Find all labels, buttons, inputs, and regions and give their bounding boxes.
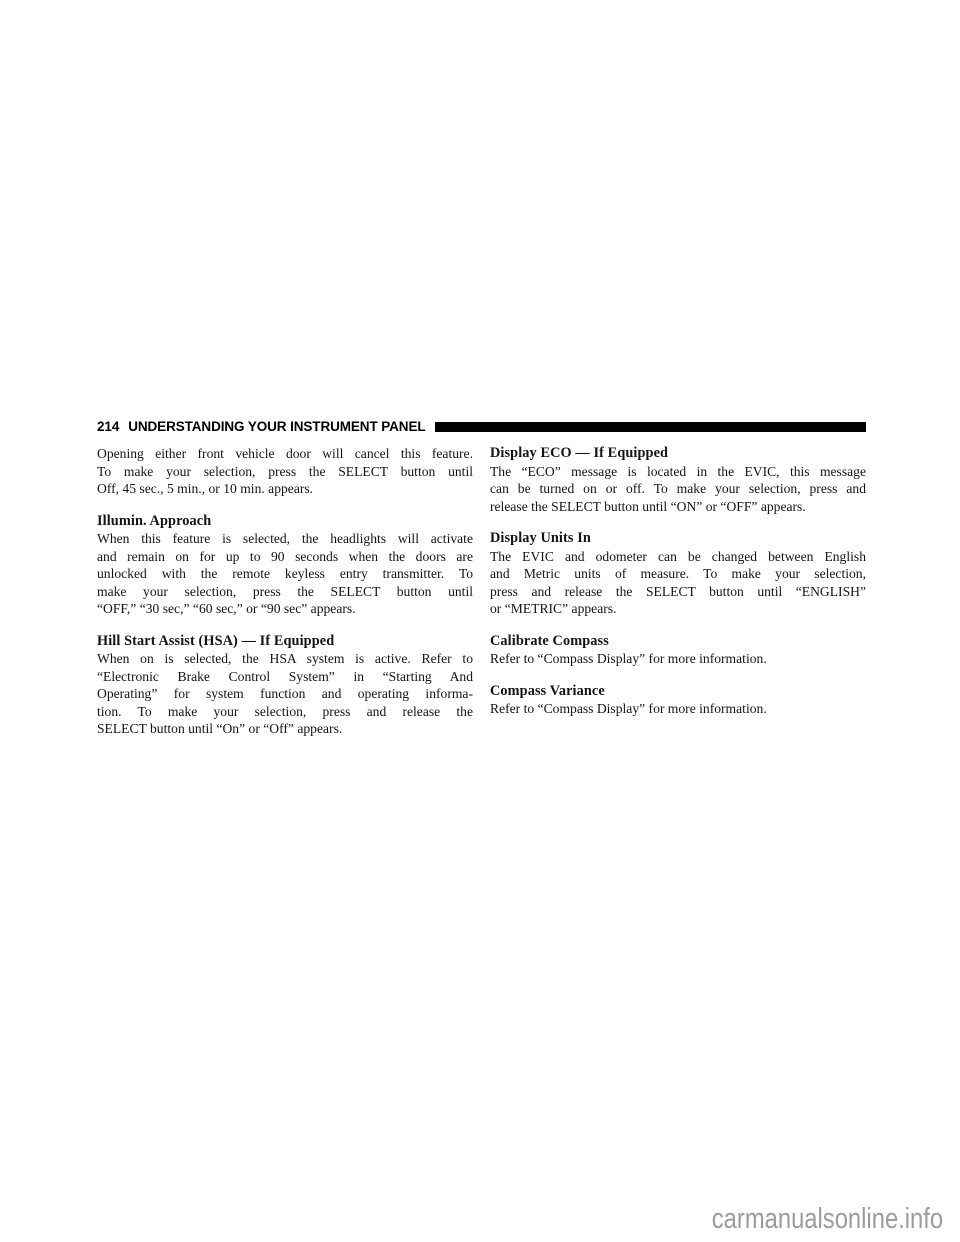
page-content: 214 UNDERSTANDING YOUR INSTRUMENT PANEL … xyxy=(97,418,866,738)
body-line: and remain on for up to 90 seconds when … xyxy=(97,548,473,566)
body-line: unlocked with the remote keyless entry t… xyxy=(97,565,473,583)
paragraph: Refer to “Compass Display” for more info… xyxy=(490,700,866,718)
body-line: and Metric units of measure. To make you… xyxy=(490,565,866,583)
page-header: 214 UNDERSTANDING YOUR INSTRUMENT PANEL xyxy=(97,418,866,434)
body-line: “Electronic Brake Control System” in “St… xyxy=(97,668,473,686)
body-line: To make your selection, press the SELECT… xyxy=(97,463,473,481)
section-illumin-approach: Illumin. Approach When this feature is s… xyxy=(97,513,473,618)
body-line: Refer to “Compass Display” for more info… xyxy=(490,700,866,718)
body-line: tion. To make your selection, press and … xyxy=(97,703,473,721)
section-heading: Display ECO — If Equipped xyxy=(490,445,866,463)
body-line: The EVIC and odometer can be changed bet… xyxy=(490,548,866,566)
left-column: Opening either front vehicle door will c… xyxy=(97,445,473,738)
section-heading: Display Units In xyxy=(490,530,866,548)
two-column-layout: Opening either front vehicle door will c… xyxy=(97,445,866,738)
body-line: Refer to “Compass Display” for more info… xyxy=(490,650,866,668)
header-title: UNDERSTANDING YOUR INSTRUMENT PANEL xyxy=(128,419,425,434)
section-heading: Calibrate Compass xyxy=(490,633,866,651)
paragraph: Opening either front vehicle door will c… xyxy=(97,445,473,498)
body-line: Operating” for system function and opera… xyxy=(97,685,473,703)
body-line: can be turned on or off. To make your se… xyxy=(490,480,866,498)
section-display-eco: Display ECO — If Equipped The “ECO” mess… xyxy=(490,445,866,515)
body-line: When this feature is selected, the headl… xyxy=(97,530,473,548)
body-line: Opening either front vehicle door will c… xyxy=(97,445,473,463)
right-column: Display ECO — If Equipped The “ECO” mess… xyxy=(490,445,866,738)
paragraph: When on is selected, the HSA system is a… xyxy=(97,650,473,738)
section-heading: Hill Start Assist (HSA) — If Equipped xyxy=(97,633,473,651)
body-line: make your selection, press the SELECT bu… xyxy=(97,583,473,601)
body-line: The “ECO” message is located in the EVIC… xyxy=(490,463,866,481)
manual-page: { "header": { "page_number": "214", "tit… xyxy=(0,0,960,1242)
body-line: “OFF,” “30 sec,” “60 sec,” or “90 sec” a… xyxy=(97,600,473,618)
section-hill-start-assist: Hill Start Assist (HSA) — If Equipped Wh… xyxy=(97,633,473,738)
body-line: When on is selected, the HSA system is a… xyxy=(97,650,473,668)
header-rule-bar xyxy=(435,422,867,432)
section-calibrate-compass: Calibrate Compass Refer to “Compass Disp… xyxy=(490,633,866,668)
paragraph: The EVIC and odometer can be changed bet… xyxy=(490,548,866,618)
paragraph: Refer to “Compass Display” for more info… xyxy=(490,650,866,668)
body-line: or “METRIC” appears. xyxy=(490,600,866,618)
section-compass-variance: Compass Variance Refer to “Compass Displ… xyxy=(490,683,866,718)
body-line: SELECT button until “On” or “Off” appear… xyxy=(97,720,473,738)
section-feature-cancel: Opening either front vehicle door will c… xyxy=(97,445,473,498)
body-line: press and release the SELECT button unti… xyxy=(490,583,866,601)
page-number: 214 xyxy=(97,419,119,434)
paragraph: The “ECO” message is located in the EVIC… xyxy=(490,463,866,516)
section-display-units: Display Units In The EVIC and odometer c… xyxy=(490,530,866,618)
section-heading: Illumin. Approach xyxy=(97,513,473,531)
watermark-text: carmanualsonline.info xyxy=(712,1203,943,1236)
paragraph: When this feature is selected, the headl… xyxy=(97,530,473,618)
body-line: Off, 45 sec., 5 min., or 10 min. appears… xyxy=(97,480,473,498)
section-heading: Compass Variance xyxy=(490,683,866,701)
body-line: release the SELECT button until “ON” or … xyxy=(490,498,866,516)
